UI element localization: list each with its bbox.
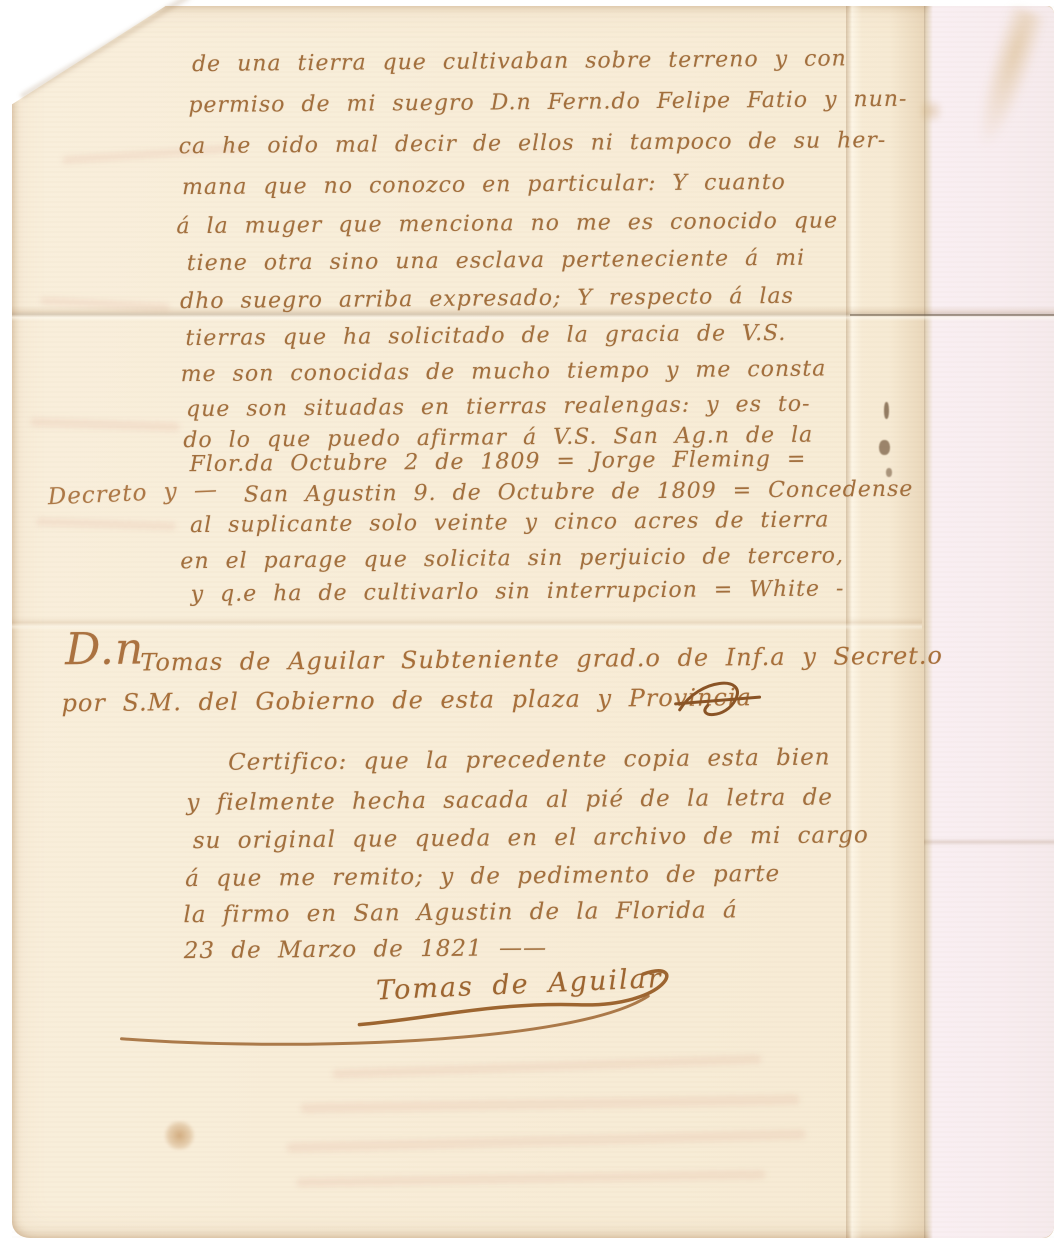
manuscript-line: ca he oido mal decir de ellos ni tampoco… bbox=[179, 128, 887, 159]
decree-line: al suplicante solo veinte y cinco acres … bbox=[190, 508, 830, 539]
signature-rubric bbox=[103, 954, 684, 1059]
officer-line: por S.M. del Gobierno de esta plaza y Pr… bbox=[61, 683, 752, 717]
manuscript-line: tierras que ha solicitado de la gracia d… bbox=[185, 321, 786, 351]
certification-line: Certifico: que la precedente copia esta … bbox=[228, 745, 831, 776]
decree-line: en el parage que solicita sin perjuicio … bbox=[180, 543, 844, 574]
handwriting-layer: de una tierra que cultivaban sobre terre… bbox=[0, 0, 1060, 1249]
manuscript-line: permiso de mi suegro D.n Fern.do Felipe … bbox=[188, 87, 907, 118]
certification-line: y fielmente hecha sacada al pié de la le… bbox=[186, 785, 833, 817]
manuscript-line: de una tierra que cultivaban sobre terre… bbox=[192, 46, 847, 77]
margin-note-decreto: Decreto y — bbox=[47, 477, 218, 510]
certification-line: la firmo en San Agustin de la Florida á bbox=[183, 897, 737, 928]
certification-line: su original que queda en el archivo de m… bbox=[193, 822, 869, 854]
manuscript-line: á la muger que menciona no me es conocid… bbox=[176, 208, 838, 239]
manuscript-line: me son conocidas de mucho tiempo y me co… bbox=[181, 357, 827, 388]
certification-line: á que me remito; y de pedimento de parte bbox=[185, 861, 780, 892]
manuscript-line: tiene otra sino una esclava pertenecient… bbox=[187, 246, 806, 276]
manuscript-line: que son situadas en tierras realengas: y… bbox=[186, 392, 811, 422]
officer-initial: D.n bbox=[65, 635, 144, 666]
decree-line: San Agustin 9. de Octubre de 1809 = Conc… bbox=[244, 477, 914, 508]
provincia-flourish bbox=[673, 673, 763, 724]
manuscript-line: mana que no conozco en particular: Y cua… bbox=[182, 170, 786, 200]
decree-line: y q.e ha de cultivarlo sin interrupcion … bbox=[191, 576, 845, 607]
manuscript-line: dho suegro arriba expresado; Y respecto … bbox=[180, 284, 794, 314]
officer-line: Tomas de Aguilar Subteniente grad.o de I… bbox=[140, 642, 943, 677]
manuscript-line: Flor.da Octubre 2 de 1809 = Jorge Flemin… bbox=[189, 447, 806, 477]
